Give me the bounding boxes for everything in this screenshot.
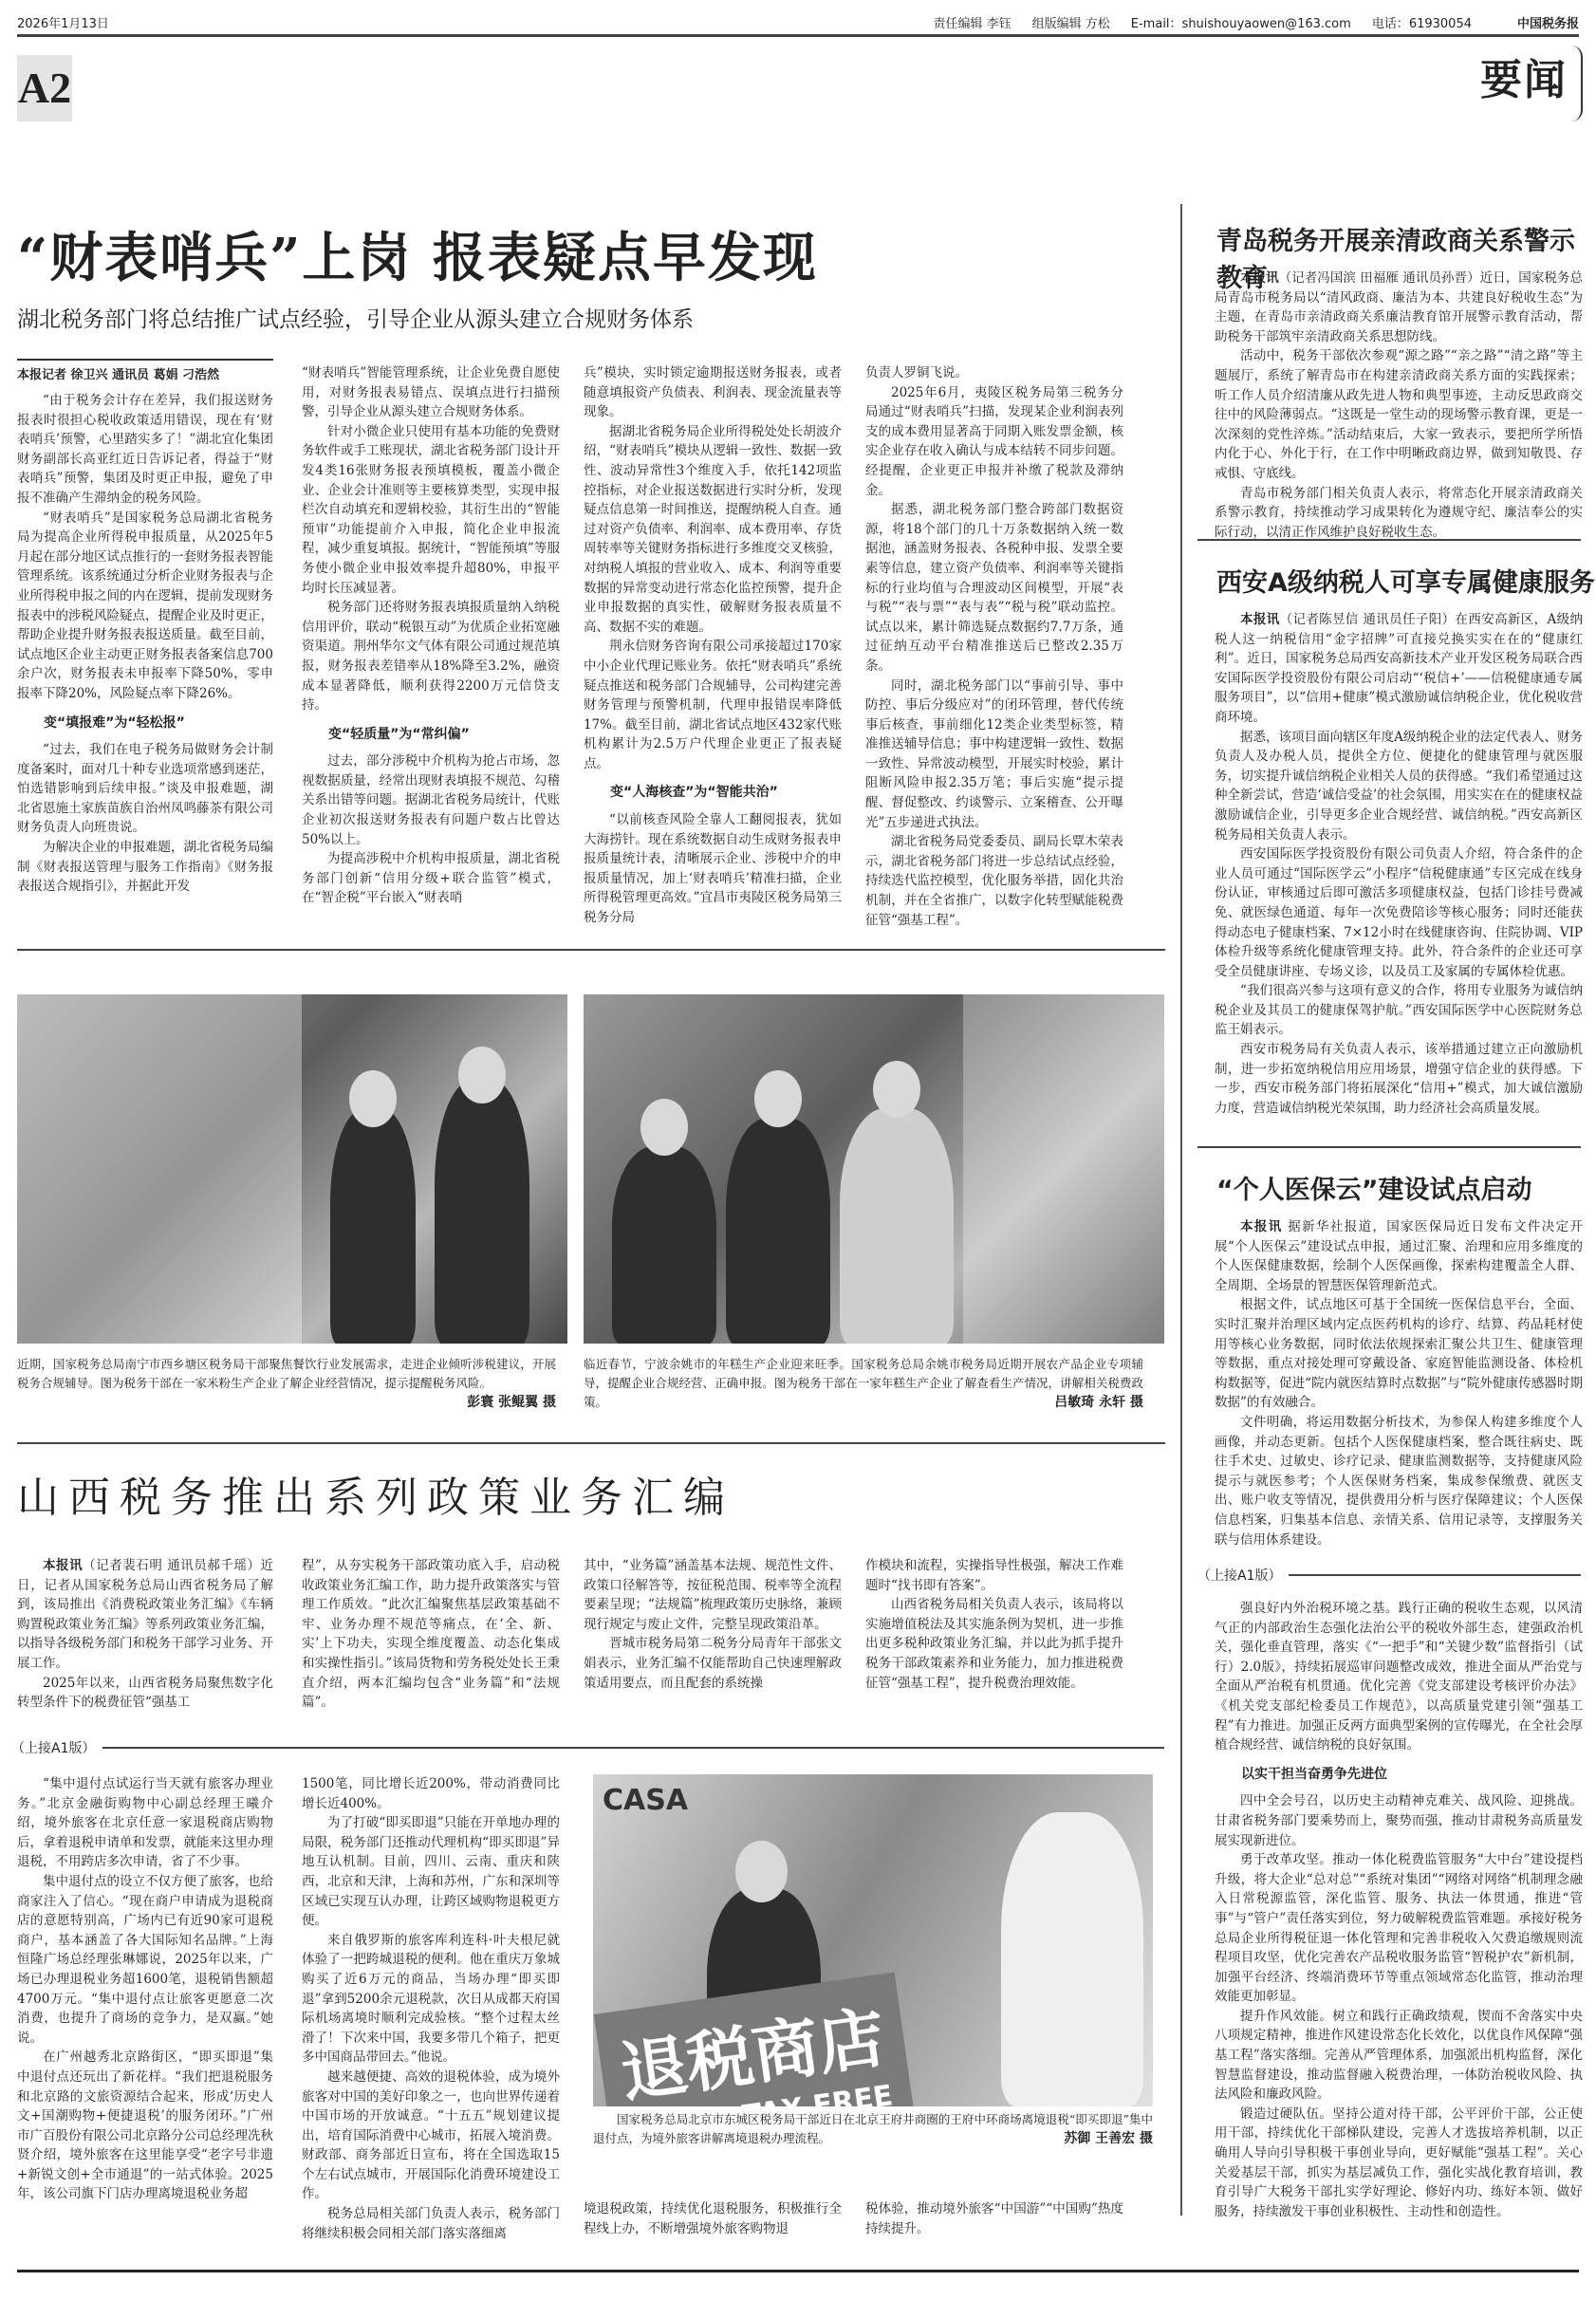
- paragraph: “财表哨兵”是国家税务总局湖北省税务局为提高企业所得税申报质量，从2025年5月…: [17, 509, 273, 704]
- paragraph: 青岛市税务部门相关负责人表示，将常态化开展亲清政商关系警示教育，持续推动学习成果…: [1215, 484, 1583, 543]
- lead-label: 本报讯: [1240, 270, 1279, 286]
- lead-subheading: 变“人海核查”为“智能共治”: [584, 783, 842, 803]
- column-divider: [1180, 204, 1182, 2216]
- photo-beijing-caption: 国家税务总局北京市东城区税务局干部近日在北京王府井商圈的王府中环商场离境退税“即…: [593, 2110, 1153, 2148]
- paragraph: 为解决企业的申报难题，湖北省税务局编制《财表报送管理与服务工作指南》《财务报表报…: [17, 838, 273, 897]
- paragraph: 勇于改革攻坚。推动一体化税费监管服务“大中台”建设提档升级，将大企业“总对总”“…: [1215, 1850, 1583, 2007]
- paragraph: 文件明确，将运用数据分析技术，为参保人构建多维度个人画像，并动态更新。包括个人医…: [1215, 1413, 1583, 1549]
- lead-col-4: 负责人罗铜飞说。 2025年6月，夷陵区税务局第三税务分局通过“财表哨兵”扫描，…: [865, 363, 1123, 930]
- layout-editor: 组版编辑 方松: [1032, 13, 1110, 31]
- section-rule: [1197, 539, 1581, 541]
- photo-credit: 苏御 王善宏 摄: [1064, 2129, 1153, 2148]
- lead-subheadline: 湖北税务部门将总结推广试点经验，引导企业从源头建立合规财务体系: [17, 302, 694, 333]
- masthead-rule: [17, 34, 1579, 37]
- photo-yuyao: [584, 994, 1164, 1344]
- paragraph: 湖北省税务局党委委员、副局长覃木荣表示，湖北省税务部门将进一步总结试点经验，持续…: [865, 832, 1123, 930]
- paragraph: 强良好内外治税环境之基。践行正确的税收生态观，以风清气正的内部政治生态强化法治公…: [1215, 1599, 1583, 1755]
- section-rule: [1197, 1146, 1581, 1148]
- continued-label: （上接A1版）: [1197, 1566, 1281, 1585]
- paragraph: 在广州越秀北京路街区，“即买即退”集中退付点还玩出了新花样。“我们把退税服务和北…: [17, 2048, 273, 2204]
- paragraph: 本报讯（记者裴石明 通讯员郝千瑶）近日，记者从国家税务总局山西省税务局了解到，该…: [17, 1556, 273, 1674]
- page-bottom-rule: [17, 2270, 1579, 2272]
- paragraph: 据悉，湖北税务部门整合跨部门数据资源，将18个部门的几十万条数据纳入统一数据池，…: [865, 500, 1123, 676]
- photo-nanning-caption: 近期，国家税务总局南宁市西乡塘区税务局干部聚焦餐饮行业发展需求，走进企业倾听涉税…: [17, 1355, 556, 1412]
- paragraph: 四中全会号召，以历史主动精神克难关、战风险、迎挑战。甘肃省税务部门要乘势而上，聚…: [1215, 1791, 1583, 1850]
- paragraph: 山西省税务局相关负责人表示，该局将以实施增值税法及其实施条例为契机，进一步推出更…: [865, 1595, 1123, 1693]
- page-number: A2: [17, 55, 72, 121]
- paragraph: “集中退付点试运行当天就有旅客办理业务。”北京金融街购物中心副总经理王曦介绍，境…: [17, 1774, 273, 1872]
- email[interactable]: E-mail：shuishouyaowen@163.com: [1131, 13, 1351, 31]
- continued-label: （上接A1版）: [11, 1738, 95, 1757]
- paragraph: 提升作风效能。树立和践行正确政绩观，锲而不舍落实中央八项规定精神，推进作风建设常…: [1215, 2007, 1583, 2105]
- lead-label: 本报讯: [43, 1558, 83, 1573]
- caption-text: 近期，国家税务总局南宁市西乡塘区税务局干部聚焦餐饮行业发展需求，走进企业倾听涉税…: [17, 1357, 556, 1390]
- paragraph: 为了打破“即买即退”只能在开单地办理的局限，税务部门还推动代理机构“即买即退”异…: [302, 1813, 560, 1931]
- xian-body: 本报讯（记者陈昱信 通讯员任子阳）在西安高新区，A级纳税人这一纳税信用“金字招牌…: [1215, 610, 1583, 1118]
- masthead: 2026年1月13日 责任编辑 李钰 组版编辑 方松 E-mail：shuish…: [17, 8, 1579, 36]
- paragraph: “财表哨兵”智能管理系统，让企业免费自愿使用，对财务报表易错点、误填点进行扫描预…: [302, 363, 560, 422]
- paragraph: 针对小微企业只使用有基本功能的免费财务软件或手工账现状，湖北省税务部门设计开发4…: [302, 422, 560, 598]
- paragraph: “由于税务会计存在差异，我们报送财务报表时很担心税收政策适用错误，现在有‘财表哨…: [17, 391, 273, 509]
- photo-nanning: [17, 994, 567, 1344]
- section-decoration: [1571, 46, 1583, 121]
- paragraph: 本报讯（记者陈昱信 通讯员任子阳）在西安高新区，A级纳税人这一纳税信用“金字招牌…: [1215, 610, 1583, 728]
- paragraph: 负责人罗铜飞说。: [865, 363, 1123, 383]
- paragraph-text: （记者裴石明 通讯员郝千瑶）近日，记者从国家税务总局山西省税务局了解到，该局推出…: [17, 1558, 273, 1671]
- lead-label: 本报讯: [1240, 1219, 1283, 1234]
- lead-col-1: “由于税务会计存在差异，我们报送财务报表时很担心税收政策适用错误，现在有‘财表哨…: [17, 391, 273, 897]
- shanxi-col-4: 作模块和流程，实操指导性极强，解决工作难题时“找书即有答案”。 山西省税务局相关…: [865, 1556, 1123, 1693]
- paper-name: 中国税务报: [1517, 13, 1579, 31]
- paragraph: 荆永信财务咨询有限公司承接超过170家中小企业代理记账业务。依托“财表哨兵”系统…: [584, 637, 842, 773]
- paragraph: 锻造过硬队伍。坚持公道对待干部，公平评价干部，公正使用干部，持续优化干部梯队建设…: [1215, 2105, 1583, 2222]
- lead-col-3: 兵”模块，实时锁定逾期报送财务报表，或者随意填报资产负债表、利润表、现金流量表等…: [584, 363, 842, 928]
- paragraph: 晋城市税务局第二税务分局青年干部张文娟表示，业务汇编不仅能帮助自己快速理解政策适…: [584, 1634, 842, 1693]
- paragraph: 税体验，推动境外旅客“中国游”“中国购”热度持续提升。: [865, 2199, 1123, 2238]
- paragraph: 本报讯 据新华社报道，国家医保局近日发布文件决定开展“个人医保云”建设试点申报，…: [1215, 1217, 1583, 1295]
- photo-credit: 吕敏琦 永轩 摄: [1054, 1393, 1143, 1412]
- continued-a-tail-1: 境退税政策，持续优化退税服务，积极推行全程线上办，不断增强境外旅客购物退: [584, 2199, 842, 2238]
- paragraph: 集中退付点的设立不仅方便了旅客，也给商家注入了信心。“现在商户申请成为退税商店的…: [17, 1872, 273, 2048]
- lead-subheading: 变“轻质量”为“常纠偏”: [302, 725, 560, 745]
- paragraph: 本报讯（记者冯国滨 田福雁 通讯员孙晋）近日，国家税务总局青岛市税务局以“清风政…: [1215, 269, 1583, 346]
- paragraph: “以前核查风险全靠人工翻阅报表，犹如大海捞针。现在系统数据自动生成财务报表申报质…: [584, 810, 842, 928]
- continued-b-body: 强良好内外治税环境之基。践行正确的税收生态观，以风清气正的内部政治生态强化法治公…: [1215, 1599, 1583, 2221]
- continued-from-a1-right: （上接A1版）: [1197, 1566, 1581, 1585]
- paragraph: 1500笔，同比增长近200%，带动消费同比增长近400%。: [302, 1774, 560, 1813]
- section-rule: [17, 949, 1165, 951]
- lead-label: 本报讯: [1240, 612, 1280, 627]
- medical-headline: “个人医保云”建设试点启动: [1216, 1169, 1532, 1206]
- photo-yuyao-caption: 临近春节，宁波余姚市的年糕生产企业迎来旺季。国家税务总局余姚市税务局近期开展农产…: [584, 1355, 1143, 1412]
- paragraph: 税务部门还将财务报表填报质量纳入纳税信用评价，联动“税银互动”为优质企业拓宽融资…: [302, 598, 560, 715]
- paragraph: 程”，从夯实税务干部政策功底入手，启动税收政策业务汇编工作，助力提升政策落实与管…: [302, 1556, 560, 1713]
- lead-byline: 本报记者 徐卫兴 通讯员 葛娟 刁浩然: [17, 359, 273, 382]
- lead-subheading: 变“填报难”为“轻松报”: [17, 714, 273, 733]
- paragraph: 来自俄罗斯的旅客库利连科·叶夫根尼就体验了一把跨城退税的便利。他在重庆万象城购买…: [302, 1931, 560, 2068]
- paragraph: 境退税政策，持续优化退税服务，积极推行全程线上办，不断增强境外旅客购物退: [584, 2199, 842, 2238]
- paragraph-text: （记者陈昱信 通讯员任子阳）在西安高新区，A级纳税人这一纳税信用“金字招牌”可直…: [1215, 612, 1583, 725]
- shanxi-col-3: 其中，“业务篇”涵盖基本法规、规范性文件、政策口径解答等，按征税范围、税率等全流…: [584, 1556, 842, 1693]
- continued-subheading: 以实干担当奋勇争先进位: [1215, 1765, 1583, 1785]
- shanxi-headline: 山西税务推出系列政策业务汇编: [17, 1463, 734, 1524]
- photo-beijing-tax-refund: CASA 退税商店 TAX FREE: [593, 1774, 1153, 2106]
- section-rule: [17, 1442, 1165, 1444]
- paragraph: 2025年6月，夷陵区税务局第三税务分局通过“财表哨兵”扫描，发现某企业利润表列…: [865, 383, 1123, 501]
- paragraph: 兵”模块，实时锁定逾期报送财务报表，或者随意填报资产负债表、利润表、现金流量表等…: [584, 363, 842, 422]
- paragraph: 为提高涉税中介机构申报质量，湖北省税务部门创新“信用分级+联合监管”模式，在“智…: [302, 849, 560, 908]
- section-title: 要闻: [1480, 46, 1568, 106]
- paragraph: 活动中，税务干部依次参观“源之路”“亲之路”“清之路”等主题展厅，系统了解青岛市…: [1215, 346, 1583, 483]
- xian-headline: 西安A级纳税人可享专属健康服务: [1216, 562, 1595, 599]
- phone: 电话：61930054: [1372, 13, 1472, 31]
- paragraph: 2025年以来，山西省税务局聚焦数字化转型条件下的税费征管“强基工: [17, 1674, 273, 1713]
- shanxi-col-2: 程”，从夯实税务干部政策功底入手，启动税收政策业务汇编工作，助力提升政策落实与管…: [302, 1556, 560, 1713]
- paragraph: 其中，“业务篇”涵盖基本法规、规范性文件、政策口径解答等，按征税范围、税率等全流…: [584, 1556, 842, 1634]
- continued-a-col-2: 1500笔，同比增长近200%，带动消费同比增长近400%。 为了打破“即买即退…: [302, 1774, 560, 2243]
- tax-free-sign: 退税商店 TAX FREE: [594, 1972, 916, 2106]
- paragraph: 同时，湖北税务部门以“事前引导、事中防控、事后分级应对”的闭环管理，替代传统事后…: [865, 677, 1123, 833]
- issue-date: 2026年1月13日: [17, 13, 109, 31]
- lead-headline: “财表哨兵”上岗 报表疑点早发现: [17, 216, 818, 292]
- continued-a-col-1: “集中退付点试运行当天就有旅客办理业务。”北京金融街购物中心副总经理王曦介绍，境…: [17, 1774, 273, 2204]
- paragraph: 据悉，该项目面向辖区年度A级纳税企业的法定代表人、财务负责人及办税人员，提供全方…: [1215, 728, 1583, 845]
- editor: 责任编辑 李钰: [934, 13, 1011, 31]
- paragraph: 税务总局相关部门负责人表示，税务部门将继续积极会同相关部门落实落细离: [302, 2204, 560, 2243]
- lead-col-2: “财表哨兵”智能管理系统，让企业免费自愿使用，对财务报表易错点、误填点进行扫描预…: [302, 363, 560, 908]
- storefront-sign: CASA: [603, 1784, 688, 1817]
- paragraph: “过去，我们在电子税务局做财务会计制度备案时，面对几十种专业选项常感到迷茫，怕选…: [17, 740, 273, 838]
- paragraph: 根据文件，试点地区可基于全国统一医保信息平台，全面、实时汇聚并治理区域内定点医药…: [1215, 1295, 1583, 1413]
- paragraph: 据湖北省税务局企业所得税处处长胡波介绍，“财表哨兵”模块从逻辑一致性、数据一致性…: [584, 422, 842, 638]
- continued-from-a1: （上接A1版）: [11, 1738, 1164, 1757]
- paragraph: 西安国际医学投资股份有限公司负责人介绍，符合条件的企业人员可通过“国际医学云”小…: [1215, 844, 1583, 981]
- continued-a-tail-2: 税体验，推动境外旅客“中国游”“中国购”热度持续提升。: [865, 2199, 1123, 2238]
- paragraph: 西安市税务局有关负责人表示，该举措通过建立正向激励机制，进一步拓宽纳税信用应用场…: [1215, 1040, 1583, 1118]
- paragraph: “我们很高兴参与这项有意义的合作，将用专业服务为诚信纳税企业及其员工的健康保驾护…: [1215, 981, 1583, 1040]
- qingdao-body: 本报讯（记者冯国滨 田福雁 通讯员孙晋）近日，国家税务总局青岛市税务局以“清风政…: [1215, 269, 1583, 542]
- shanxi-col-1: 本报讯（记者裴石明 通讯员郝千瑶）近日，记者从国家税务总局山西省税务局了解到，该…: [17, 1556, 273, 1713]
- paragraph: 作模块和流程，实操指导性极强，解决工作难题时“找书即有答案”。: [865, 1556, 1123, 1595]
- paragraph: 越来越便捷、高效的退税体验，成为境外旅客对中国的美好印象之一，也向世界传递着中国…: [302, 2068, 560, 2204]
- medical-body: 本报讯 据新华社报道，国家医保局近日发布文件决定开展“个人医保云”建设试点申报，…: [1215, 1217, 1583, 1549]
- paragraph: 过去，部分涉税中介机构为抢占市场，忽视数据质量，经常出现财表填报不规范、勾稽关系…: [302, 751, 560, 849]
- photo-credit: 彭寰 张鲲翼 摄: [467, 1393, 556, 1412]
